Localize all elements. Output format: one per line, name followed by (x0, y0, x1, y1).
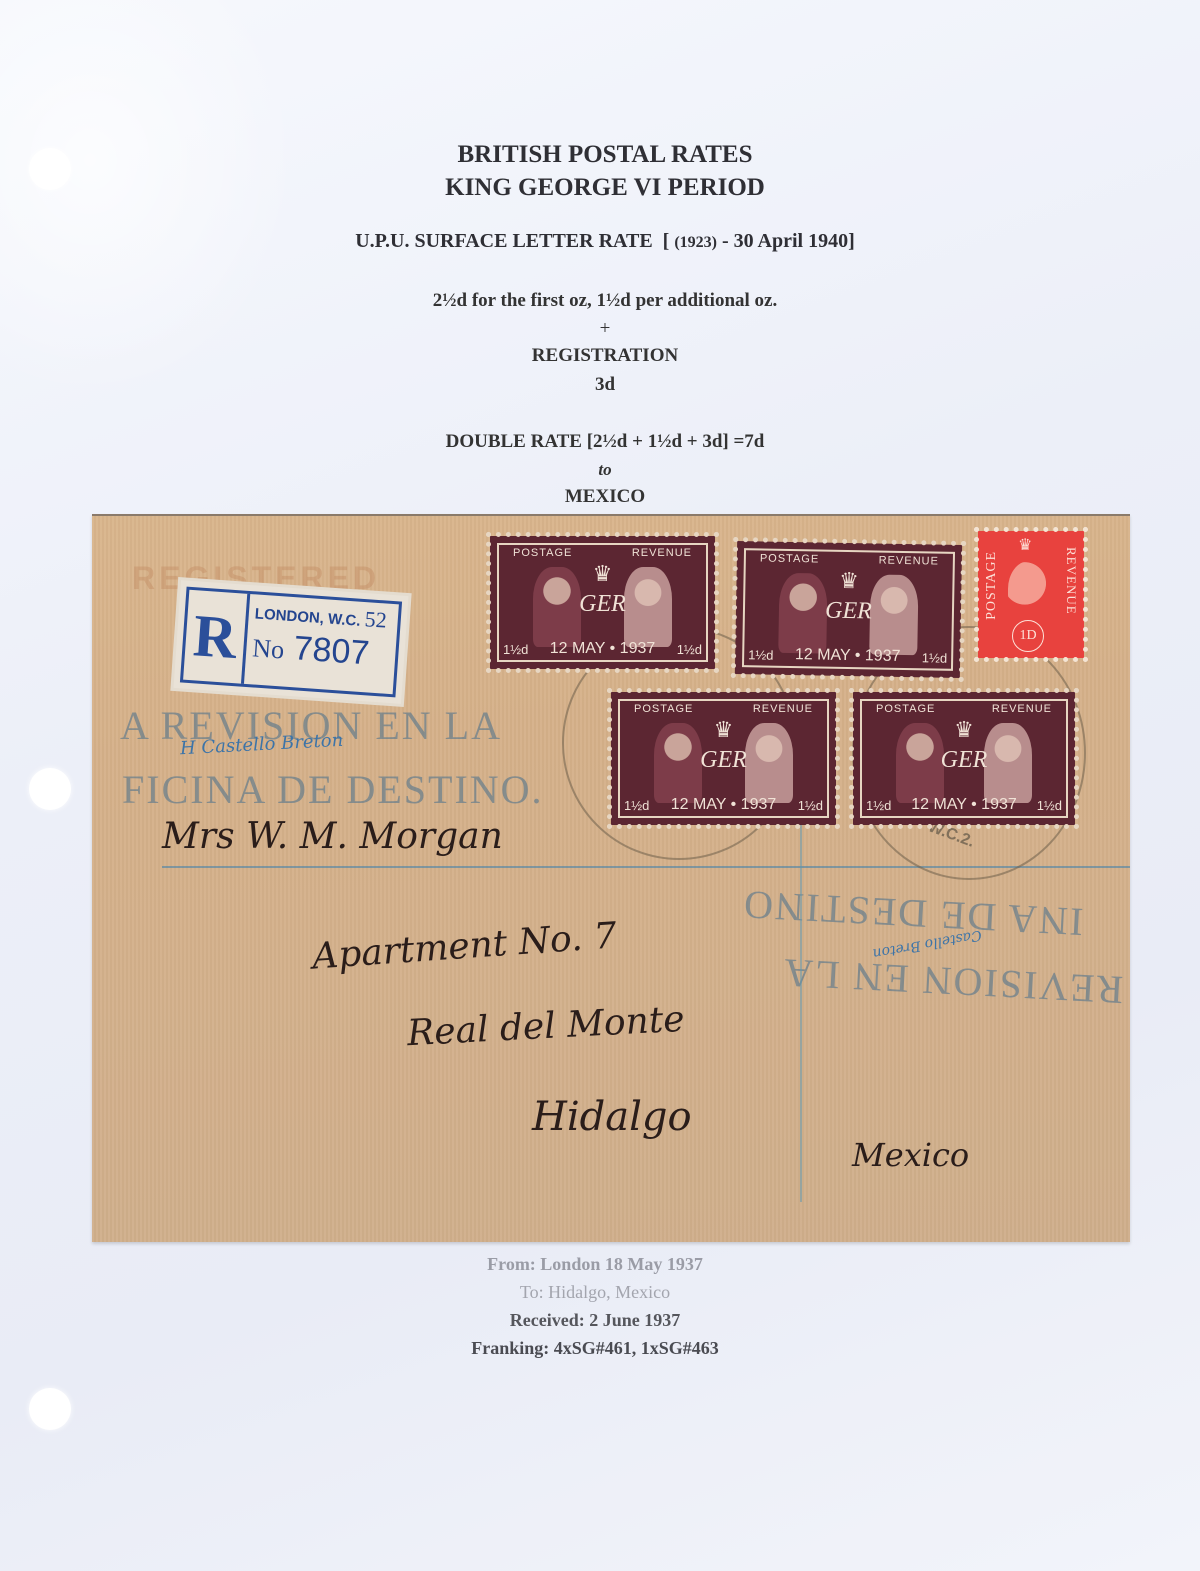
queen-portrait (869, 574, 918, 655)
definitive-postage: POSTAGE (984, 551, 1000, 620)
punch-hole-bottom (29, 1388, 71, 1430)
revision-cachet-inverted-2: REVISION EN LA (781, 949, 1124, 1014)
registration-number: No 7807 (251, 626, 390, 674)
title-line-1: BRITISH POSTAL RATES (0, 138, 1200, 171)
punch-hole-middle (29, 768, 71, 810)
coronation-stamp-2: POSTAGEREVENUE ♛ GER 1½d12 MAY • 19371½d (735, 541, 962, 678)
registration-fee: 3d (0, 374, 1200, 396)
monogram: GER (579, 591, 626, 618)
page-title: BRITISH POSTAL RATES KING GEORGE VI PERI… (0, 138, 1200, 204)
king-profile (1008, 561, 1050, 617)
rate-start: (1923) (674, 234, 717, 251)
destination: MEXICO (0, 486, 1200, 508)
rate-detail: 2½d for the first oz, 1½d per additional… (0, 290, 1200, 312)
king-portrait (533, 567, 581, 647)
crown-icon: ♛ (1018, 535, 1032, 555)
title-line-2: KING GEORGE VI PERIOD (0, 171, 1200, 204)
caption-received: Received: 2 June 1937 (0, 1308, 1190, 1332)
address-line-2: Real del Monte (406, 999, 685, 1054)
addressee-name: Mrs W. M. Morgan (162, 816, 503, 857)
caption-from: From: London 18 May 1937 (0, 1252, 1190, 1276)
coronation-stamp-1: POSTAGEREVENUE ♛ GER 1½d12 MAY • 19371½d (490, 536, 715, 669)
queen-portrait (745, 723, 793, 803)
address-country: Mexico (852, 1136, 969, 1174)
king-portrait (896, 723, 944, 803)
monogram: GER (941, 747, 988, 774)
registration-r: R (183, 590, 250, 684)
registration-label: REGISTRATION (0, 345, 1200, 367)
caption-to: To: Hidalgo, Mexico (0, 1280, 1190, 1304)
crown-icon: ♛ (954, 717, 974, 743)
crown-icon: ♛ (839, 568, 859, 594)
to-label: to (0, 460, 1200, 480)
definitive-value: 1D (1012, 620, 1044, 652)
definitive-revenue: REVENUE (1063, 547, 1079, 615)
crown-icon: ♛ (714, 717, 734, 743)
definitive-stamp-1d: ♛ POSTAGE REVENUE 1D (978, 531, 1084, 658)
blue-crayon-line-vertical (800, 821, 802, 1202)
revision-cachet-line-2: FICINA DE DESTINO. (122, 766, 544, 813)
rate-end: - 30 April 1940] (722, 230, 855, 252)
monogram: GER (825, 598, 872, 626)
rate-heading-main: U.P.U. SURFACE LETTER RATE (355, 230, 652, 252)
king-portrait (654, 723, 702, 803)
double-rate: DOUBLE RATE [2½d + 1½d + 3d] =7d (0, 431, 1200, 453)
address-line-1: Apartment No. 7 (311, 915, 618, 977)
crown-icon: ♛ (593, 561, 613, 587)
coronation-stamp-4: POSTAGEREVENUE ♛ GER 1½d12 MAY • 19371½d (853, 692, 1075, 825)
rate-heading: U.P.U. SURFACE LETTER RATE [ (1923) - 30… (0, 230, 1200, 253)
registration-label: R LONDON, W.C. 52 No 7807 (174, 580, 409, 704)
revision-cachet-inverted-1: INA DE DESTINO (741, 881, 1084, 946)
queen-portrait (624, 567, 672, 647)
king-portrait (778, 573, 827, 654)
coronation-stamp-3: POSTAGEREVENUE ♛ GER 1½d12 MAY • 19371½d (611, 692, 836, 825)
plus-sign: + (0, 318, 1200, 340)
address-line-3: Hidalgo (532, 1094, 692, 1140)
monogram: GER (700, 747, 747, 774)
queen-portrait (984, 723, 1032, 803)
caption-franking: Franking: 4xSG#461, 1xSG#463 (0, 1336, 1190, 1360)
rate-bracket: [ (663, 230, 670, 252)
